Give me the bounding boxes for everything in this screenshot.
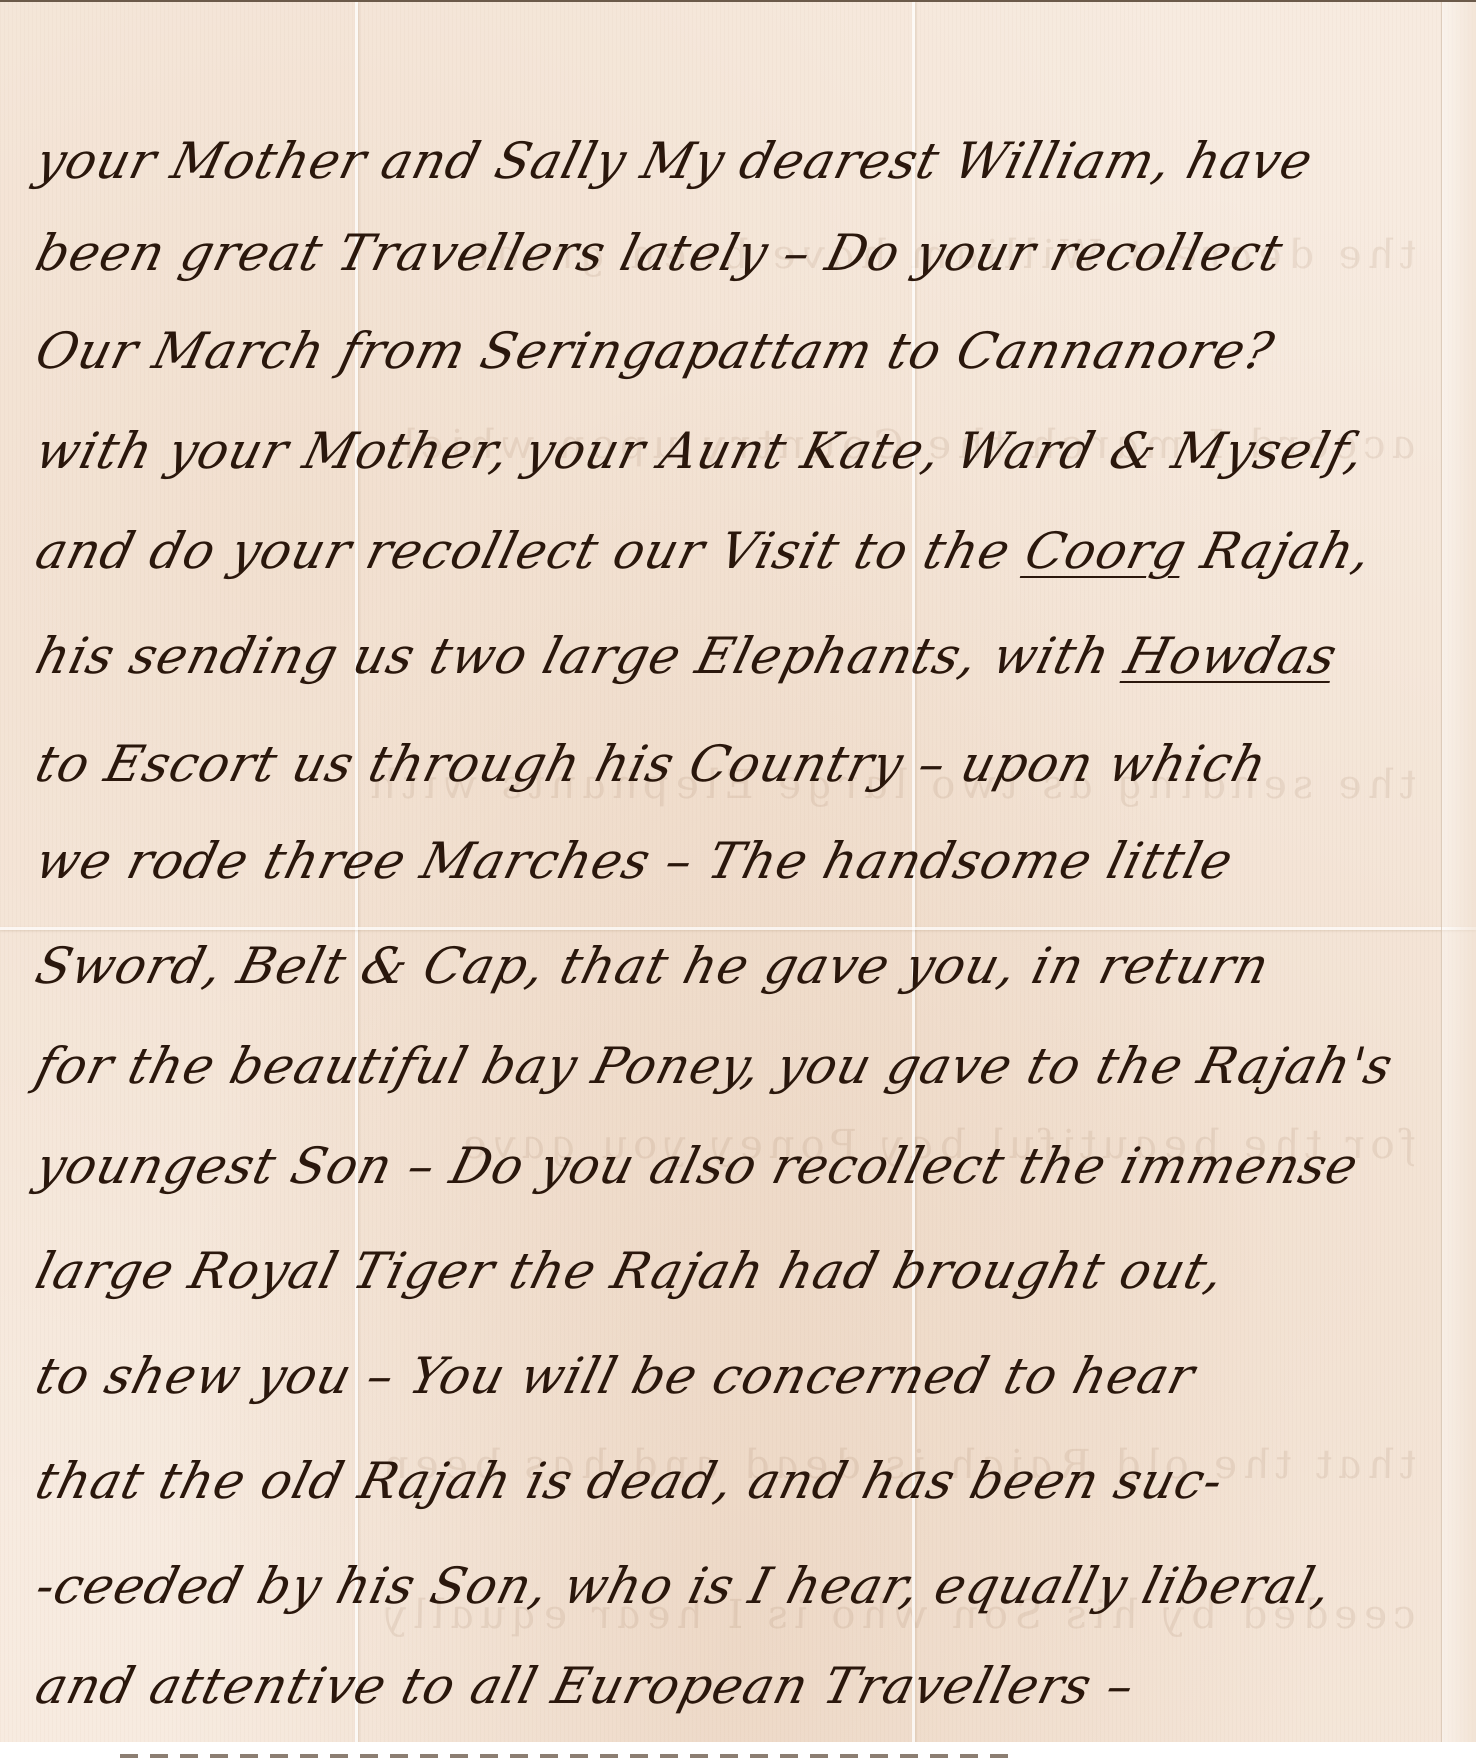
- page-bottom-margin: [0, 1742, 1476, 1762]
- next-page-edge: [120, 1754, 1020, 1758]
- line-6-text: his sending us two large Elephants, with: [30, 627, 1133, 685]
- letter-line-4: with your Mother, your Aunt Kate, Ward &…: [30, 422, 1371, 480]
- letter-line-15: -ceeded by his Son, who is I hear, equal…: [30, 1557, 1338, 1615]
- paper-edge: [1441, 2, 1476, 1744]
- underlined-coorg: Coorg: [1019, 522, 1193, 580]
- letter-line-8: we rode three Marches – The handsome lit…: [30, 832, 1239, 890]
- letter-line-10: for the beautiful bay Poney, you gave to…: [30, 1037, 1399, 1095]
- letter-line-6: his sending us two large Elephants, with…: [30, 627, 1343, 685]
- letter-line-9: Sword, Belt & Cap, that he gave you, in …: [30, 937, 1276, 995]
- letter-line-12: large Royal Tiger the Rajah had brought …: [30, 1242, 1230, 1300]
- underlined-howdas: Howdas: [1119, 627, 1343, 685]
- letter-line-14: that the old Rajah is dead, and has been…: [30, 1452, 1230, 1510]
- letter-line-13: to shew you – You will be concerned to h…: [30, 1347, 1201, 1405]
- letter-line-16: and attentive to all European Travellers…: [30, 1657, 1141, 1715]
- letter-line-1: your Mother and Sally My dearest William…: [30, 132, 1319, 190]
- line-5-text: and do your recollect our Visit to the: [30, 522, 1034, 580]
- letter-line-7: to Escort us through his Country – upon …: [30, 735, 1273, 793]
- letter-line-5: and do your recollect our Visit to the C…: [30, 522, 1378, 580]
- paper-fold-horizontal: [0, 927, 1476, 930]
- letter-line-2: been great Travellers lately – Do your r…: [30, 224, 1289, 282]
- line-5-tail: Rajah,: [1179, 522, 1378, 580]
- letter-line-11: youngest Son – Do you also recollect the…: [30, 1137, 1365, 1195]
- letter-page: the dearest William have been great acco…: [0, 0, 1476, 1744]
- letter-line-3: Our March from Seringapattam to Cannanor…: [30, 322, 1280, 380]
